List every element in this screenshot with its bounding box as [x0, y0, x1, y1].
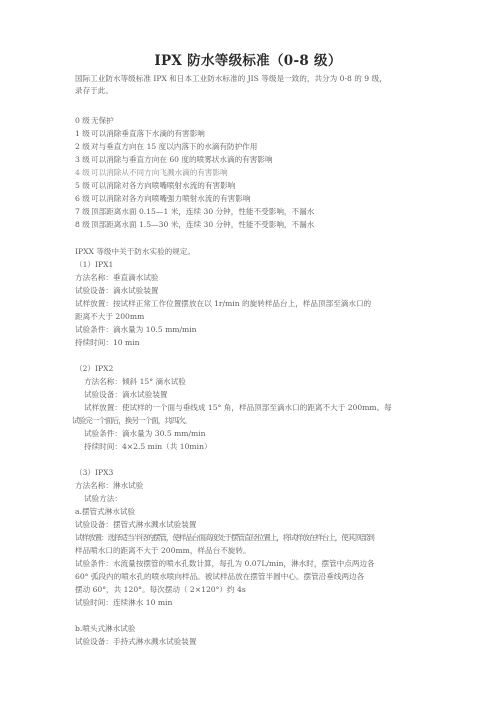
ipx3-a-placement-line-1: 试样放置：选择适当半径的摆管，使样品台面高度处于摆管直径位置上，将试样放在样台上…	[75, 533, 374, 543]
ipx3-test-method: 试验方法：	[84, 494, 122, 504]
level-description: 可以消除从不同方向飞溅水滴的有害影响	[91, 168, 228, 178]
level-description: 可以消除垂直落下水滴的有害影响	[91, 129, 205, 139]
level-description: 对与垂直方向在 15 度以内落下的水滴有防护作用	[91, 142, 257, 152]
ipx3-b-equipment: 试验设备：手持式淋水溅水试验装置	[75, 637, 197, 647]
ipx3-a-condition-line-3: 摆动 60°，共 120°。每次摆动（ 2×120°）约 4s	[75, 585, 246, 595]
level-item: 0 级无保护	[75, 116, 114, 126]
level-number: 1 级	[75, 129, 91, 139]
ipx3-a-placement-line-2: 样品喷水口的距离不大于 200mm，样品台不旋转。	[75, 546, 251, 556]
page-title: IPX 防水等级标准（0-8 级）	[0, 49, 496, 69]
level-item: 2 级对与垂直方向在 15 度以内落下的水滴有防护作用	[75, 142, 257, 152]
ipx2-placement-line-2: 试验完一个面后，换另一个面，共四次。	[72, 416, 191, 426]
level-description: 无保护	[91, 116, 114, 126]
ipx2-heading: （2）IPX2	[75, 364, 113, 374]
ipx2-placement-line-1: 试样放置：使试样的一个面与垂线成 15° 角，样品顶部至滴水口的距离不大于 20…	[84, 403, 392, 413]
level-number: 5 级	[75, 181, 91, 191]
ipx2-method: 方法名称：倾斜 15° 滴水试验	[84, 377, 186, 387]
level-description: 可以消除对各方向喷嘴强力喷射水流的有害影响	[91, 194, 250, 204]
ipx2-duration: 持续时间：4×2.5 min（共 10min）	[84, 442, 212, 452]
level-number: 7 级	[75, 207, 91, 217]
ipxx-intro: IPXX 等级中关于防水实验的规定。	[75, 247, 195, 257]
intro-line-2: 录存于此。	[75, 86, 113, 96]
level-number: 2 级	[75, 142, 91, 152]
level-number: 3 级	[75, 155, 91, 165]
level-item: 6 级可以消除对各方向喷嘴强力喷射水流的有害影响	[75, 194, 250, 204]
ipx3-heading: （3）IPX3	[75, 468, 113, 478]
ipx1-placement-line-1: 试样放置：按试样正常工作位置摆放在以 1r/min 的旋转样品台上，样品顶部至滴…	[75, 299, 371, 309]
level-item: 8 级顶部距离水面 1.5—30 米，连续 30 分钟，性能不受影响，不漏水	[75, 220, 314, 230]
level-description: 可以消除与垂直方向在 60 度的喷雾状水滴的有害影响	[91, 155, 273, 165]
level-number: 6 级	[75, 194, 91, 204]
level-description: 顶部距离水面 1.5—30 米，连续 30 分钟，性能不受影响，不漏水	[91, 220, 314, 230]
level-description: 可以消除对各方向喷嘴喷射水流的有害影响	[91, 181, 235, 191]
level-item: 1 级可以消除垂直落下水滴的有害影响	[75, 129, 205, 139]
level-number: 8 级	[75, 220, 91, 230]
level-description: 顶部距离水面 0.15—1 米，连续 30 分钟，性能不受影响，不漏水	[91, 207, 314, 217]
ipx3-a-condition-line-2: 60° 弧段内的喷水孔的喷水喷向样品。被试样品放在摆管半圆中心。摆管沿垂线两边各	[75, 572, 364, 582]
document-page: IPX 防水等级标准（0-8 级） 国际工业防水等级标准 IPX 和日本工业防水…	[0, 0, 496, 702]
ipx3-a-equipment: 试验设备：摆管式淋水溅水试验装置	[75, 520, 197, 530]
level-number: 4 级	[75, 168, 91, 178]
ipx1-condition: 试验条件：滴水量为 10.5 mm/min	[75, 325, 197, 335]
ipx3-method: 方法名称：淋水试验	[75, 481, 143, 491]
level-item: 7 级顶部距离水面 0.15—1 米，连续 30 分钟，性能不受影响，不漏水	[75, 207, 314, 217]
intro-line-1: 国际工业防水等级标准 IPX 和日本工业防水标准的 JIS 等级是一致的，共分为…	[75, 74, 387, 84]
ipx3-a-condition-line-1: 试验条件：水流量按摆管的喷水孔数计算，每孔为 0.07L/min，淋水时，摆管中…	[75, 559, 375, 569]
ipx3-a-title: a.摆管式淋水试验	[75, 507, 135, 517]
ipx3-b-title: b.喷头式淋水试验	[75, 624, 135, 634]
ipx1-placement-line-2: 距离不大于 200mm	[75, 312, 144, 322]
level-item: 3 级可以消除与垂直方向在 60 度的喷雾状水滴的有害影响	[75, 155, 273, 165]
ipx1-method: 方法名称：垂直滴水试验	[75, 273, 159, 283]
ipx3-a-duration: 试验时间：连续淋水 10 min	[75, 598, 172, 608]
ipx1-heading: （1）IPX1	[75, 260, 113, 270]
ipx1-equipment: 试验设备：滴水试验装置	[75, 286, 159, 296]
level-number: 0 级	[75, 116, 91, 126]
ipx2-equipment: 试验设备：滴水试验装置	[84, 390, 168, 400]
level-item: 5 级可以消除对各方向喷嘴喷射水流的有害影响	[75, 181, 235, 191]
ipx1-duration: 持续时间：10 min	[75, 338, 140, 348]
ipx2-condition: 试验条件：滴水量为 30.5 mm/min	[84, 429, 206, 439]
level-item: 4 级可以消除从不同方向飞溅水滴的有害影响	[75, 168, 228, 178]
